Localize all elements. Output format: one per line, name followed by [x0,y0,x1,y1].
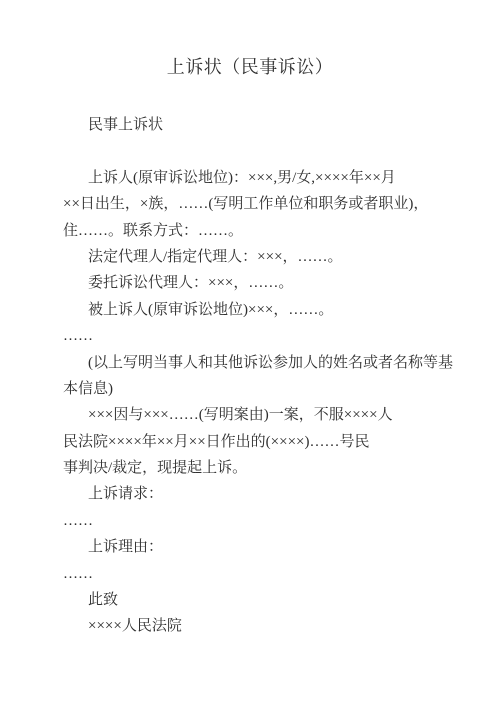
text-line: 民法院××××年××月××日作出的(××××)……号民 [63,429,483,455]
blank-line [63,138,483,164]
text-line: 此致 [63,587,483,613]
text-line: 法定代理人/指定代理人：×××，……。 [63,244,483,270]
text-line: 上诉人(原审诉讼地位)：×××,男/女,××××年××月 [63,165,483,191]
text-line: …… [63,508,483,534]
document-body: 民事上诉状上诉人(原审诉讼地位)：×××,男/女,××××年××月××日出生，×… [63,112,483,640]
text-line: 事判决/裁定，现提起上诉。 [63,455,483,481]
document-page: 上诉状（民事诉讼） 民事上诉状上诉人(原审诉讼地位)：×××,男/女,××××年… [0,0,500,707]
text-line: 民事上诉状 [63,112,483,138]
text-line: 住……。联系方式：……。 [63,218,483,244]
text-line: …… [63,323,483,349]
document-title: 上诉状（民事诉讼） [0,56,500,78]
text-line: 上诉请求： [63,481,483,507]
text-line: ×××因与×××……(写明案由)一案，不服××××人 [63,402,483,428]
text-line: 本信息) [63,376,483,402]
text-line: (以上写明当事人和其他诉讼参加人的姓名或者名称等基 [63,350,483,376]
text-line: …… [63,561,483,587]
text-line: ××××人民法院 [63,613,483,639]
text-line: 被上诉人(原审诉讼地位)×××，……。 [63,297,483,323]
text-line: ××日出生，×族，……(写明工作单位和职务或者职业)， [63,191,483,217]
text-line: 上诉理由： [63,534,483,560]
text-line: 委托诉讼代理人：×××，……。 [63,270,483,296]
